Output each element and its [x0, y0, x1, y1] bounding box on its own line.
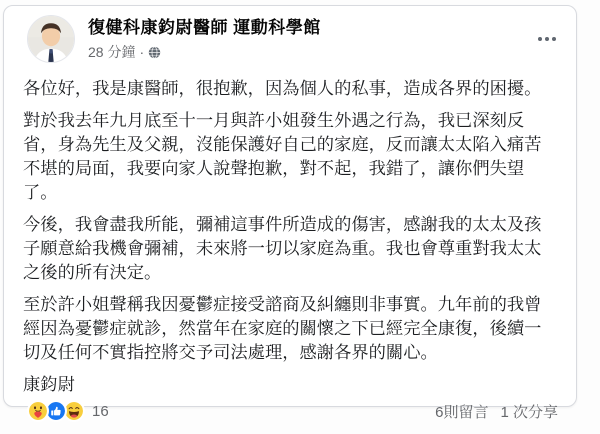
post-paragraph: 今後，我會盡我所能，彌補這事件所造成的傷害，感謝我的太太及孩子願意給我機會彌補，… — [23, 212, 558, 284]
page-name-link[interactable]: 復健科康鈞尉醫師 運動科學館 — [88, 17, 321, 39]
ellipsis-icon — [545, 37, 549, 41]
post-header: 復健科康鈞尉醫師 運動科學館 28 分鐘 · — [4, 6, 576, 63]
post-body: 各位好，我是康醫師，很抱歉，因為個人的私事，造成各界的困擾。 對於我去年九月底至… — [4, 63, 576, 396]
post-timestamp[interactable]: 28 分鐘 — [88, 42, 135, 62]
page-avatar[interactable] — [27, 15, 75, 63]
reaction-count[interactable]: 16 — [92, 403, 109, 417]
care-reaction-icon — [27, 400, 49, 416]
comments-count[interactable]: 6則留言 — [435, 401, 488, 417]
reaction-icons[interactable] — [27, 400, 85, 416]
post-paragraph: 至於許小姐聲稱我因憂鬱症接受諮商及糾纏則非事實。九年前的我曾經因為憂鬱症就診，然… — [23, 292, 558, 364]
post-signature: 康鈞尉 — [23, 372, 558, 396]
post-meta: 28 分鐘 · — [88, 42, 321, 62]
post-options-button[interactable] — [532, 31, 562, 47]
doctor-portrait-avatar — [28, 16, 74, 62]
post-paragraph: 對於我去年九月底至十一月與許小姐發生外遇之行為，我已深刻反省，身為先生及父親，沒… — [23, 108, 558, 204]
footer-counts: 6則留言 1 次分享 — [435, 401, 558, 417]
post-engagement-bar: 16 6則留言 1 次分享 — [4, 396, 576, 416]
shares-count[interactable]: 1 次分享 — [500, 401, 558, 417]
globe-public-icon — [148, 46, 161, 59]
ellipsis-icon — [538, 37, 542, 41]
post-header-text: 復健科康鈞尉醫師 運動科學館 28 分鐘 · — [88, 15, 321, 62]
meta-separator: · — [139, 44, 144, 60]
post-paragraph: 各位好，我是康醫師，很抱歉，因為個人的私事，造成各界的困擾。 — [23, 76, 558, 100]
ellipsis-icon — [552, 37, 556, 41]
facebook-post-card: 復健科康鈞尉醫師 運動科學館 28 分鐘 · 各位好，我是康醫師，很抱歉，因為個… — [3, 5, 577, 407]
